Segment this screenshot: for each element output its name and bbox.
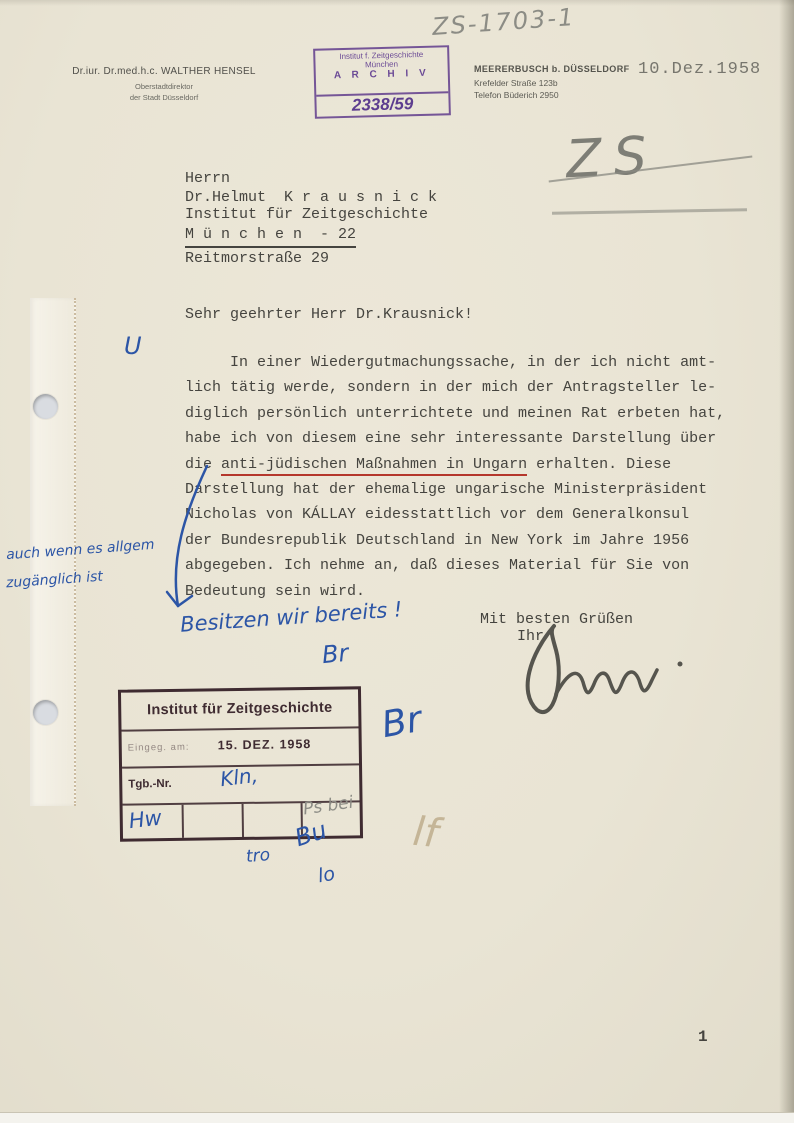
scan-edge-shadow-right xyxy=(779,0,794,1123)
archive-stamp: Institut f. Zeitgeschichte München A R C… xyxy=(313,45,451,119)
zs-pencil-mark: ZS xyxy=(564,126,660,191)
recipient-line2: Dr.Helmut K r a u s n i c k xyxy=(185,189,437,206)
sender-line1: MEERERBUSCH b. DÜSSELDORF xyxy=(474,64,630,74)
letterhead-title: Oberstadtdirektor xyxy=(64,82,264,91)
letterhead-name: Dr.iur. Dr.med.h.c. WALTHER HENSEL xyxy=(64,66,264,77)
tgb-handwritten-value: Kln, xyxy=(219,763,259,791)
recipient-line3: Institut für Zeitgeschichte xyxy=(185,206,428,223)
salutation: Sehr geehrter Herr Dr.Krausnick! xyxy=(185,306,473,323)
body-line: Bedeutung sein wird. xyxy=(185,579,725,604)
receipt-stamp: Institut für Zeitgeschichte Eingeg. am: … xyxy=(118,686,363,841)
body-line: abgegeben. Ich nehme an, daß dieses Mate… xyxy=(185,553,725,578)
body-line: habe ich von diesem eine sehr interessan… xyxy=(185,426,725,451)
cell-handwritten-initials: Hw xyxy=(127,806,163,834)
blue-br-large: Br xyxy=(379,699,425,746)
letterhead-subtitle: der Stadt Düsseldorf xyxy=(64,93,264,102)
receipt-stamp-date-row: Eingeg. am: 15. DEZ. 1958 xyxy=(122,726,359,766)
received-date: 15. DEZ. 1958 xyxy=(218,737,312,752)
body-line: lich tätig werde, sondern in der mich de… xyxy=(185,375,725,400)
body-line-with-red-underline: die anti-jüdischen Maßnahmen in Ungarn e… xyxy=(185,452,725,477)
receipt-stamp-title: Institut für Zeitgeschichte xyxy=(121,689,358,729)
letter-date: 10.Dez.1958 xyxy=(638,60,761,79)
page-number: 1 xyxy=(698,1028,708,1046)
zs-underline xyxy=(552,208,747,214)
punch-hole-bottom xyxy=(33,700,58,725)
punch-hole-top xyxy=(33,394,58,419)
body-line: der Bundesrepublik Deutschland in New Yo… xyxy=(185,528,725,553)
besitzen-initials: Br xyxy=(321,639,350,669)
body-line: In einer Wiedergutmachungssache, in der … xyxy=(185,350,725,375)
sender-line3: Telefon Büderich 2950 xyxy=(474,90,559,100)
archive-stamp-number: 2338/59 xyxy=(316,91,449,116)
recipient-line1: Herrn xyxy=(185,170,230,187)
sender-line2: Krefelder Straße 123b xyxy=(474,78,558,88)
receipt-stamp-cell xyxy=(241,803,301,837)
faint-ink-scribble: lf xyxy=(411,809,441,857)
blue-scribble-3: lo xyxy=(316,863,336,888)
red-underlined-phrase: anti-jüdischen Maßnahmen in Ungarn xyxy=(221,456,527,476)
receipt-stamp-cell xyxy=(182,804,242,838)
blue-margin-note-line1: auch wenn es allgem xyxy=(6,537,155,563)
body-text-post: erhalten. Diese xyxy=(527,456,671,473)
recipient-line4: M ü n c h e n - 22 xyxy=(185,226,356,248)
received-label: Eingeg. am: xyxy=(128,742,190,754)
signature-scrawl xyxy=(492,622,707,727)
blue-margin-note-line2: zugänglich ist xyxy=(6,569,104,592)
tgb-label: Tgb.-Nr. xyxy=(128,778,172,791)
body-line: Nicholas von KÁLLAY eidesstattlich vor d… xyxy=(185,502,725,527)
receipt-stamp-cell: Hw xyxy=(123,805,183,839)
recipient-line5: Reitmorstraße 29 xyxy=(185,250,329,267)
archive-stamp-line3: A R C H I V xyxy=(316,67,448,81)
pencil-archive-reference: ZS-1703-1 xyxy=(431,3,576,41)
blue-scribble-2: tro xyxy=(245,845,271,867)
body-line: Darstellung hat der ehemalige ungarische… xyxy=(185,477,725,502)
scan-edge-top xyxy=(0,0,794,6)
scan-edge-bottom xyxy=(0,1112,794,1123)
blue-u-margin-mark: U xyxy=(124,332,142,360)
scanned-letter-page: ZS-1703-1 Dr.iur. Dr.med.h.c. WALTHER HE… xyxy=(0,0,794,1123)
body-line: diglich persönlich unterrichtete und mei… xyxy=(185,401,725,426)
letter-body: In einer Wiedergutmachungssache, in der … xyxy=(185,350,725,604)
